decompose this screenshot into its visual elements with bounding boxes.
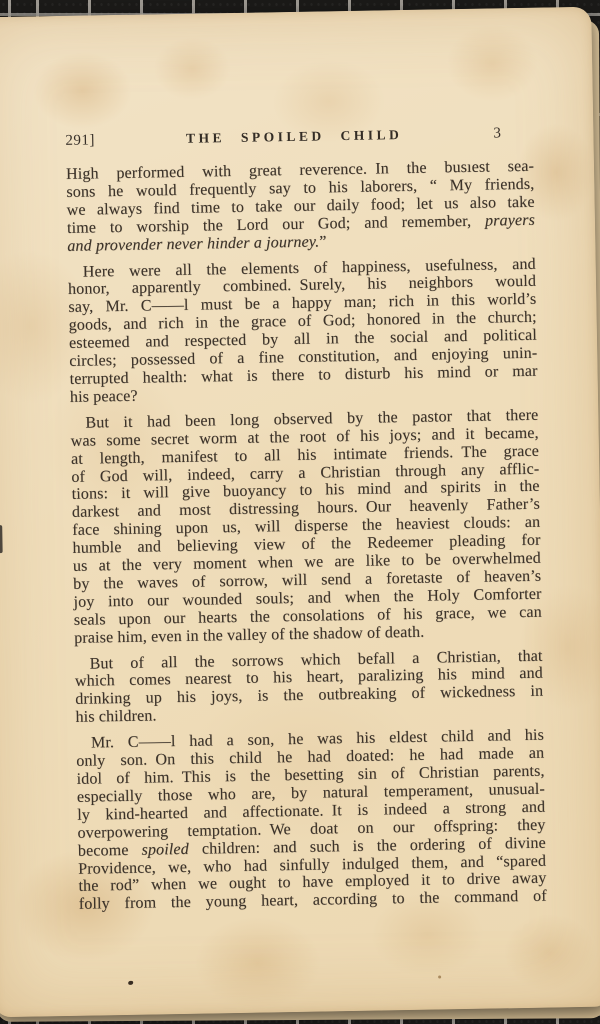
page-title: THE SPOILED CHILD — [95, 125, 494, 148]
ink-speck — [128, 981, 133, 985]
right-folio: 3 — [493, 125, 533, 143]
left-folio: 291] — [65, 132, 95, 150]
paragraph: Here were all the elements of happiness,… — [68, 255, 538, 406]
page-content: 291] THE SPOILED CHILD 3 High performed … — [65, 125, 547, 914]
paragraph: High performed with great reverence. In … — [66, 158, 535, 256]
paragraph: But it had been long observed by the pas… — [70, 406, 542, 647]
running-head: 291] THE SPOILED CHILD 3 — [65, 125, 533, 150]
paragraph: Mr. C——l had a son, he was his eldest ch… — [76, 727, 547, 914]
paragraph: But of all the sorrows which befall a Ch… — [74, 647, 543, 727]
faint-stain-speck — [438, 975, 441, 978]
book-page: 291] THE SPOILED CHILD 3 High performed … — [0, 7, 600, 1018]
left-edge-mark — [0, 525, 3, 553]
body-text: High performed with great reverence. In … — [66, 158, 547, 914]
